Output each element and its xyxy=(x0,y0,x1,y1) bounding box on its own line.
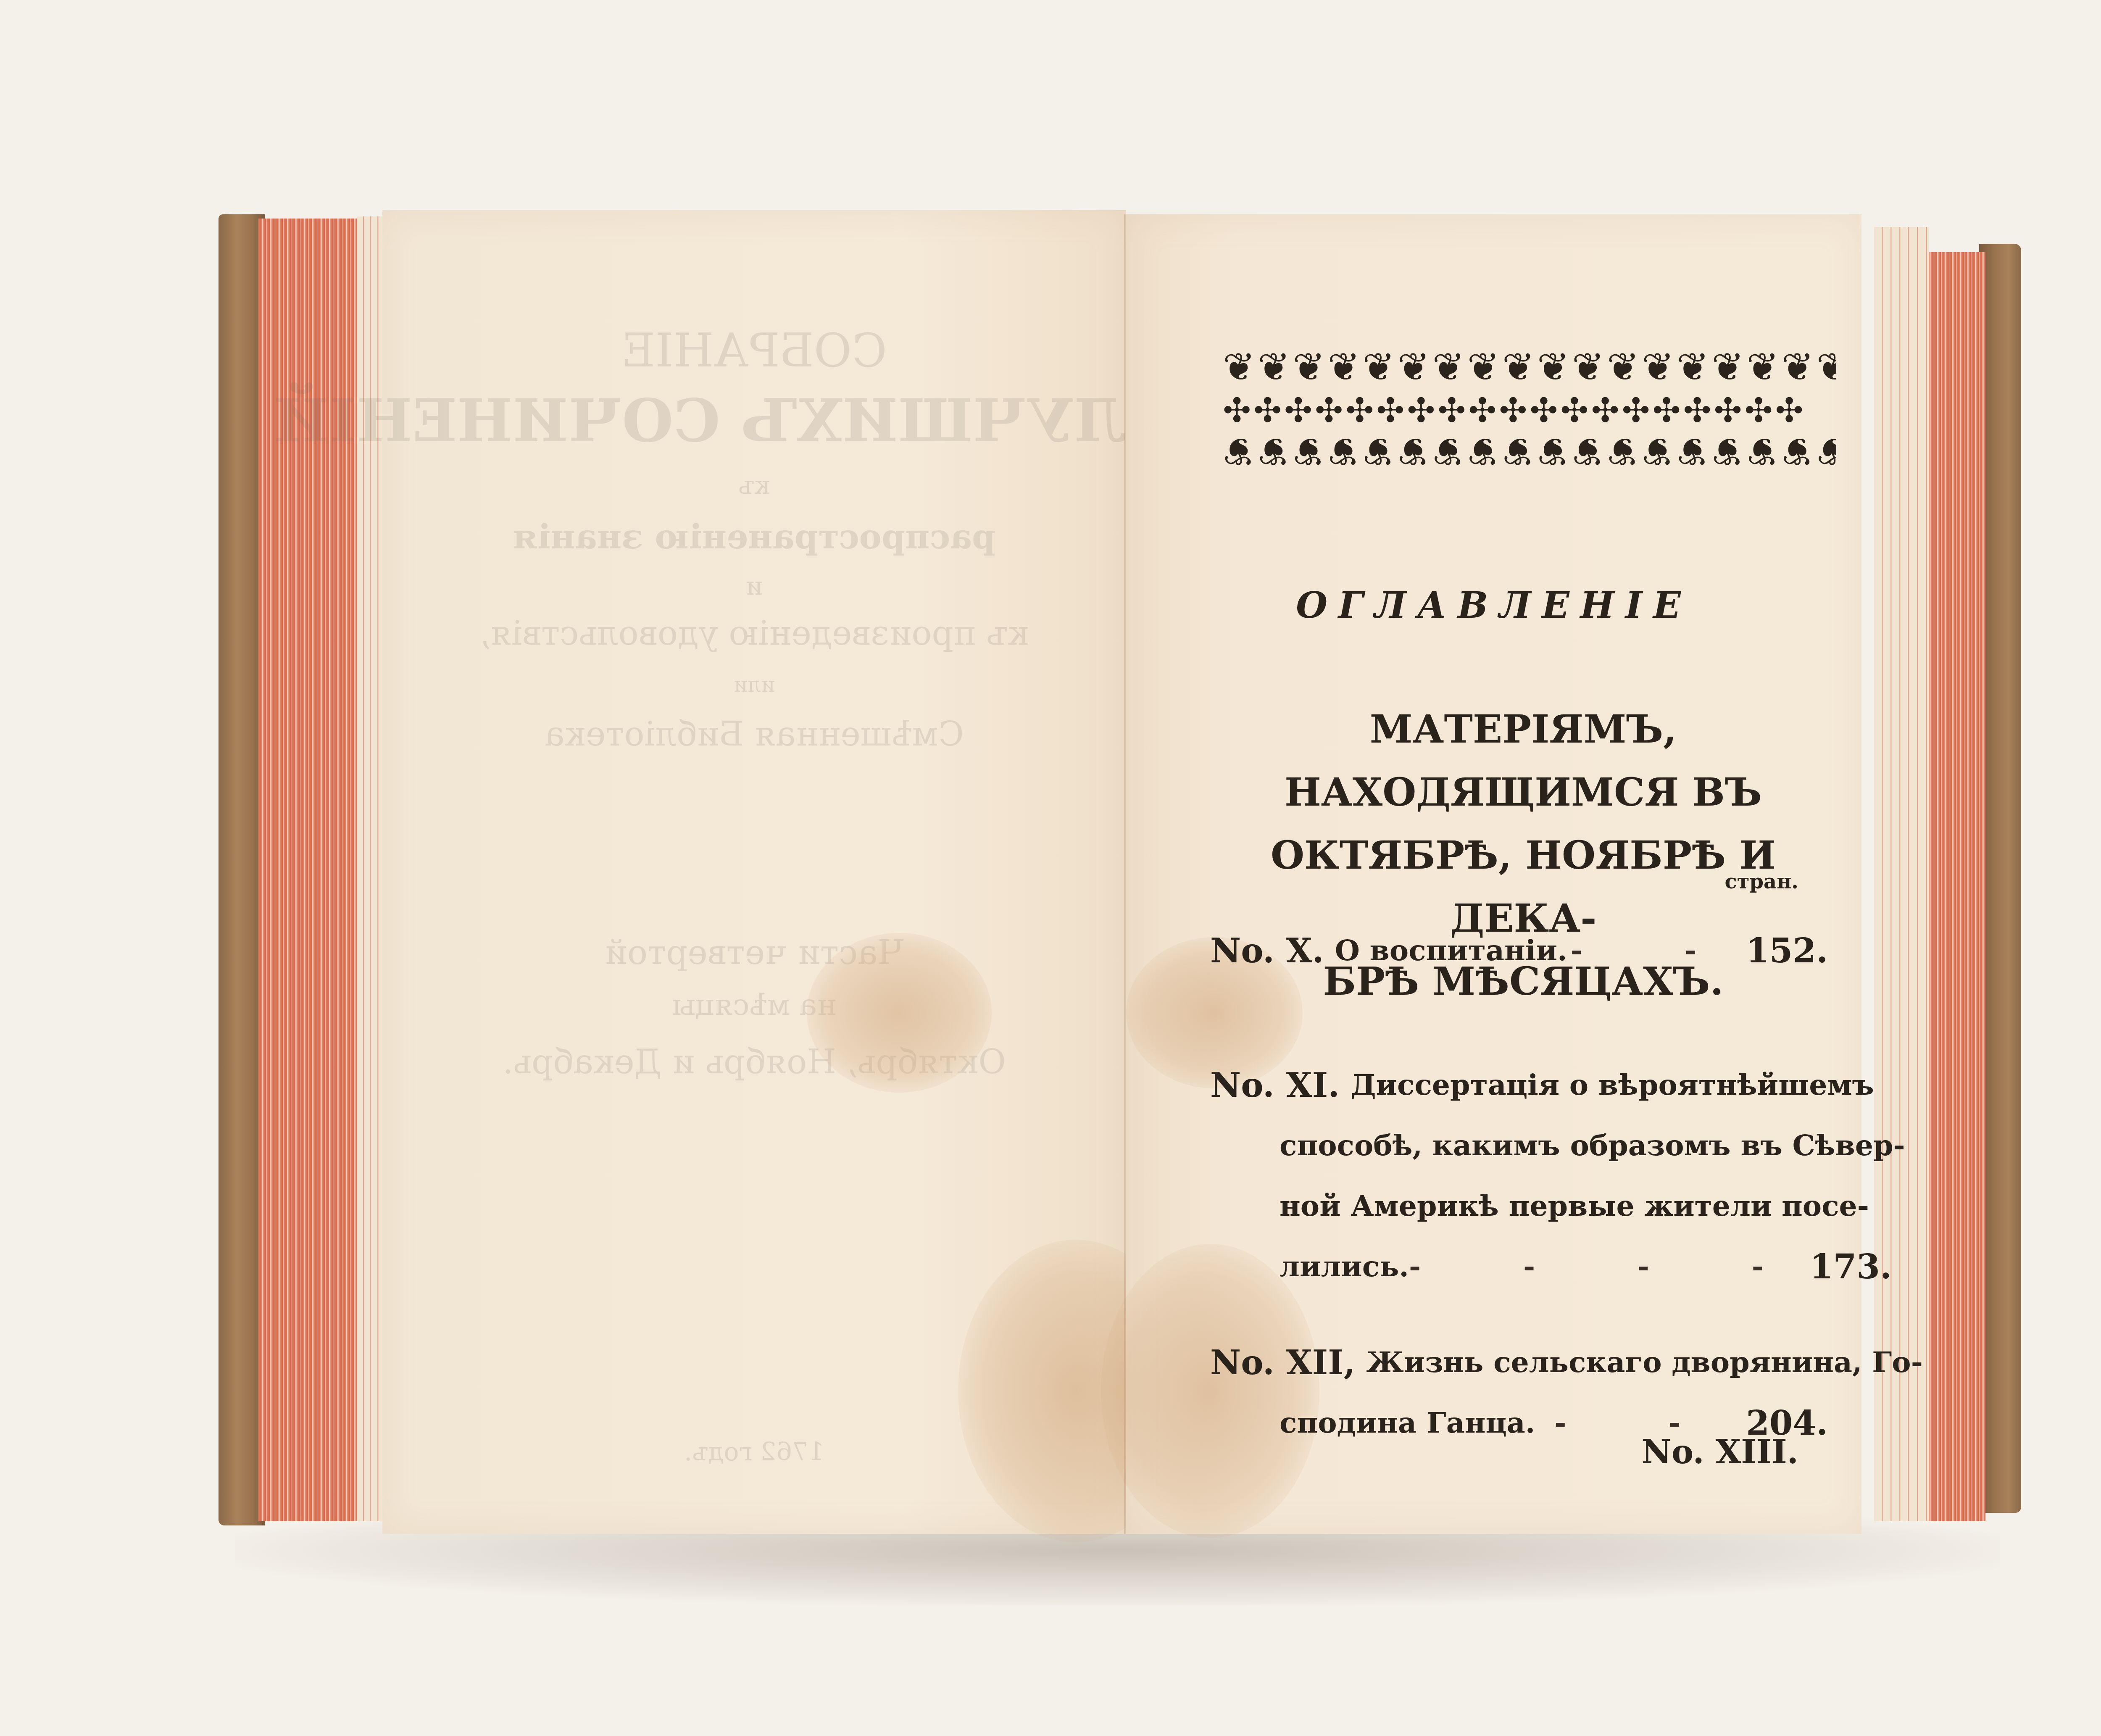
red-page-edges-right xyxy=(1927,252,1985,1521)
page-column-label: стран. xyxy=(1725,870,1798,893)
entry-text: способѣ, какимъ образомъ въ Сѣвер- xyxy=(1280,1115,1905,1176)
toc-title: ОГЛАВЛЕНІЕ xyxy=(1126,584,1861,627)
open-book: СОБРАНІЕ ЛУЧШИХЪ СОЧИНЕНІЙ къ распростра… xyxy=(219,206,2021,1538)
show-through-line: и xyxy=(382,572,1126,601)
ornament-row: ✣✣✣✣✣✣✣✣✣✣✣✣✣✣✣✣✣✣✣ xyxy=(1223,391,1836,430)
leather-cover-right xyxy=(1979,244,2021,1513)
toc-entry: No. XI. Диссертація о вѣроятнѣйшемъ спос… xyxy=(1210,1055,1828,1297)
entry-text: сподина Ганца. xyxy=(1280,1393,1535,1453)
entry-page: 152. xyxy=(1746,920,1828,981)
show-through-line: къ xyxy=(382,471,1126,500)
show-through-line: ЛУЧШИХЪ СОЧИНЕНІЙ xyxy=(382,387,1126,456)
show-through-line: распространенію знанія xyxy=(382,517,1126,556)
show-through-line: Части четвертой xyxy=(382,933,1126,972)
entry-text: лились. xyxy=(1280,1236,1409,1297)
left-page: СОБРАНІЕ ЛУЧШИХЪ СОЧИНЕНІЙ къ распростра… xyxy=(382,210,1126,1534)
show-through-line: или xyxy=(382,672,1126,697)
entry-text: ной Америкѣ первые жители посе- xyxy=(1280,1176,1869,1236)
show-through-line: Смѣшенная Библіотека xyxy=(382,714,1126,753)
entry-text: Жизнь сельскаго дворянина, Го- xyxy=(1366,1332,1923,1393)
show-through-line: къ произведенію удовольствія, xyxy=(382,614,1126,653)
toc-entry: No. X. О воспитаніи. - - 152. xyxy=(1210,920,1828,981)
ornament-row: ❦❦❦❦❦❦❦❦❦❦❦❦❦❦❦❦❦❦❦ xyxy=(1223,345,1836,390)
entry-leader: - - - - xyxy=(1409,1236,1810,1297)
show-through-line: на мѣсяцы xyxy=(382,988,1126,1022)
subtitle-line: МАТЕРІЯМЪ, НАХОДЯЩИМСЯ ВЪ xyxy=(1223,698,1824,824)
entry-leader: - - xyxy=(1567,920,1746,981)
leather-cover-left xyxy=(219,214,265,1525)
show-through-line: Октябрь, Ноябрь и Декабрь. xyxy=(382,1042,1126,1081)
entry-number: No. XI. xyxy=(1210,1055,1340,1115)
page-stack-right xyxy=(1874,227,1929,1521)
show-through-line: СОБРАНІЕ xyxy=(382,324,1126,377)
water-stain xyxy=(807,933,992,1093)
entry-text: Диссертація о вѣроятнѣйшемъ xyxy=(1351,1055,1874,1115)
catchword: No. XIII. xyxy=(1642,1433,1798,1471)
ornament-row: ❦❦❦❦❦❦❦❦❦❦❦❦❦❦❦❦❦❦❦ xyxy=(1223,429,1836,474)
entry-text: О воспитаніи. xyxy=(1335,920,1567,981)
entry-number: No. X. xyxy=(1210,920,1324,981)
entry-page: 173. xyxy=(1810,1236,1892,1297)
entry-number: No. XII, xyxy=(1210,1332,1356,1393)
right-page: ❦❦❦❦❦❦❦❦❦❦❦❦❦❦❦❦❦❦❦ ✣✣✣✣✣✣✣✣✣✣✣✣✣✣✣✣✣✣✣ … xyxy=(1126,214,1861,1534)
